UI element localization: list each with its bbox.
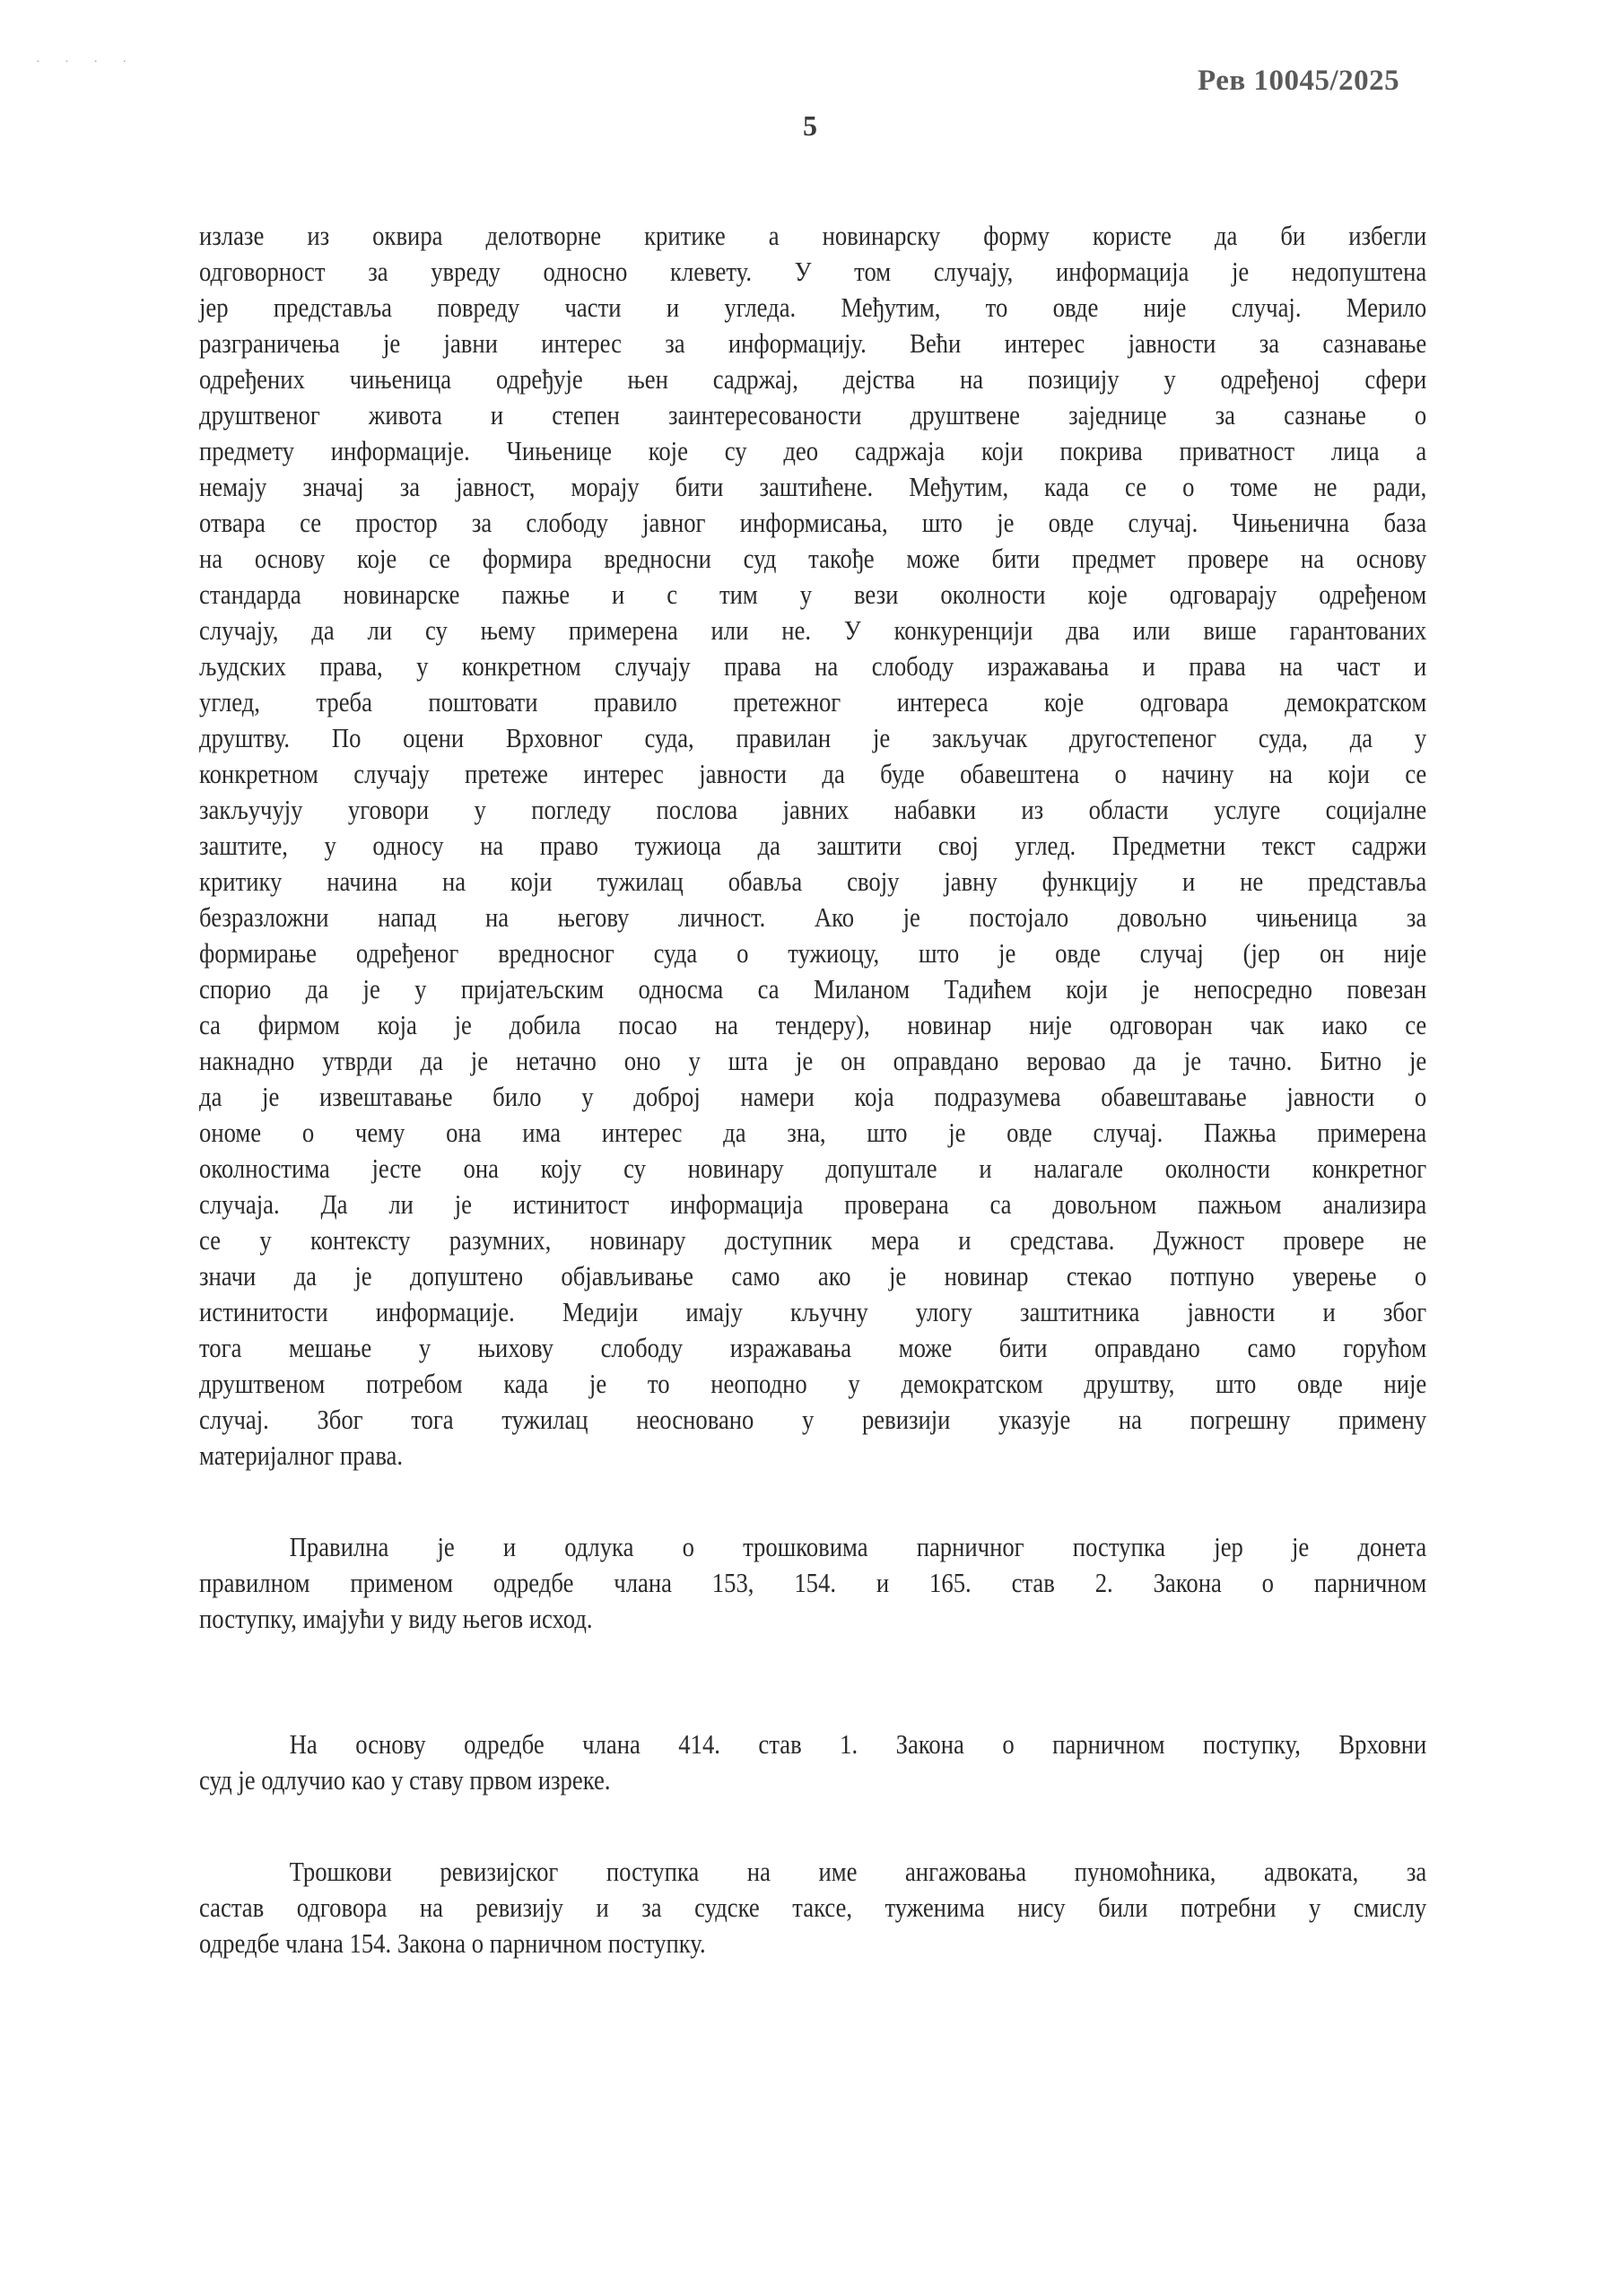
text-line: одређених чињеница одређује њен садржај,…	[199, 361, 1426, 397]
text-line: истинитости информације. Медији имају кљ…	[199, 1294, 1426, 1330]
paragraph: Правилна је и одлука о трошковима парнич…	[199, 1529, 1426, 1637]
text-line: одговорност за увреду односно клевету. У…	[199, 254, 1426, 290]
text-line: закључују уговори у погледу послова јавн…	[199, 792, 1426, 828]
paragraph: На основу одредбе члана 414. став 1. Зак…	[199, 1726, 1426, 1798]
text-line: углед, треба поштовати правило претежног…	[199, 684, 1426, 720]
scan-artifact-marks: · · · ·	[36, 56, 137, 70]
paragraph-spacer	[199, 1637, 1426, 1726]
text-line: случај. Због тога тужилац неосновано у р…	[199, 1402, 1426, 1438]
text-line: на основу које се формира вредносни суд …	[199, 541, 1426, 577]
text-line: друштву. По оцени Врховног суда, правила…	[199, 720, 1426, 756]
text-line: ономе о чему она има интерес да зна, што…	[199, 1115, 1426, 1151]
text-line: друштвеног живота и степен заинтересован…	[199, 397, 1426, 433]
text-line: На основу одредбе члана 414. став 1. Зак…	[199, 1726, 1426, 1762]
text-line: суд је одлучио као у ставу првом изреке.	[199, 1762, 1426, 1798]
text-line: људских права, у конкретном случају прав…	[199, 648, 1426, 684]
paragraph-spacer	[199, 1798, 1426, 1854]
paragraph: Трошкови ревизијског поступка на име анг…	[199, 1854, 1426, 1961]
text-line: критику начина на који тужилац обавља св…	[199, 864, 1426, 900]
text-line: накнадно утврди да је нетачно оно у шта …	[199, 1043, 1426, 1079]
text-line: Правилна је и одлука о трошковима парнич…	[199, 1529, 1426, 1565]
document-body: излазе из оквира делотворне критике а но…	[199, 218, 1426, 1961]
text-line: формирање одређеног вредносног суда о ту…	[199, 935, 1426, 971]
text-line: значи да је допуштено објављивање само а…	[199, 1258, 1426, 1294]
paragraph-spacer	[199, 1474, 1426, 1529]
text-line: тога мешање у њихову слободу изражавања …	[199, 1330, 1426, 1366]
text-line: предмету информације. Чињенице које су д…	[199, 433, 1426, 469]
text-line: одредбе члана 154. Закона о парничном по…	[199, 1926, 1426, 1961]
text-line: са фирмом која је добила посао на тендер…	[199, 1007, 1426, 1043]
text-line: немају значај за јавност, морају бити за…	[199, 469, 1426, 505]
text-line: састав одговора на ревизију и за судске …	[199, 1890, 1426, 1926]
text-line: материјалног права.	[199, 1438, 1426, 1474]
text-line: конкретном случају претеже интерес јавно…	[199, 756, 1426, 792]
document-page: · · · · Рев 10045/2025 5 излазе из оквир…	[0, 0, 1621, 2296]
text-line: спорио да је у пријатељским односма са М…	[199, 971, 1426, 1007]
text-line: разграничења је јавни интерес за информа…	[199, 326, 1426, 361]
case-number: Рев 10045/2025	[1198, 65, 1399, 98]
paragraph: излазе из оквира делотворне критике а но…	[199, 218, 1426, 1474]
text-line: случају, да ли су њему примерена или не.…	[199, 613, 1426, 648]
text-line: се у контексту разумних, новинару доступ…	[199, 1222, 1426, 1258]
text-line: друштвеном потребом када је то неоподно …	[199, 1366, 1426, 1402]
text-line: случаја. Да ли је истинитост информација…	[199, 1187, 1426, 1222]
text-line: да је извештавање било у доброј намери к…	[199, 1079, 1426, 1115]
text-line: заштите, у односу на право тужиоца да за…	[199, 828, 1426, 864]
text-line: јер представља повреду части и угледа. М…	[199, 290, 1426, 326]
text-line: отвара се простор за слободу јавног инфо…	[199, 505, 1426, 541]
text-line: поступку, имајући у виду његов исход.	[199, 1601, 1426, 1637]
text-line: безразложни напад на његову личност. Ако…	[199, 900, 1426, 935]
text-line: излазе из оквира делотворне критике а но…	[199, 218, 1426, 254]
text-line: стандарда новинарске пажње и с тим у вез…	[199, 577, 1426, 613]
text-line: околностима јесте она коју су новинару д…	[199, 1151, 1426, 1187]
page-number: 5	[803, 109, 817, 143]
text-line: правилном применом одредбе члана 153, 15…	[199, 1565, 1426, 1601]
text-line: Трошкови ревизијског поступка на име анг…	[199, 1854, 1426, 1890]
